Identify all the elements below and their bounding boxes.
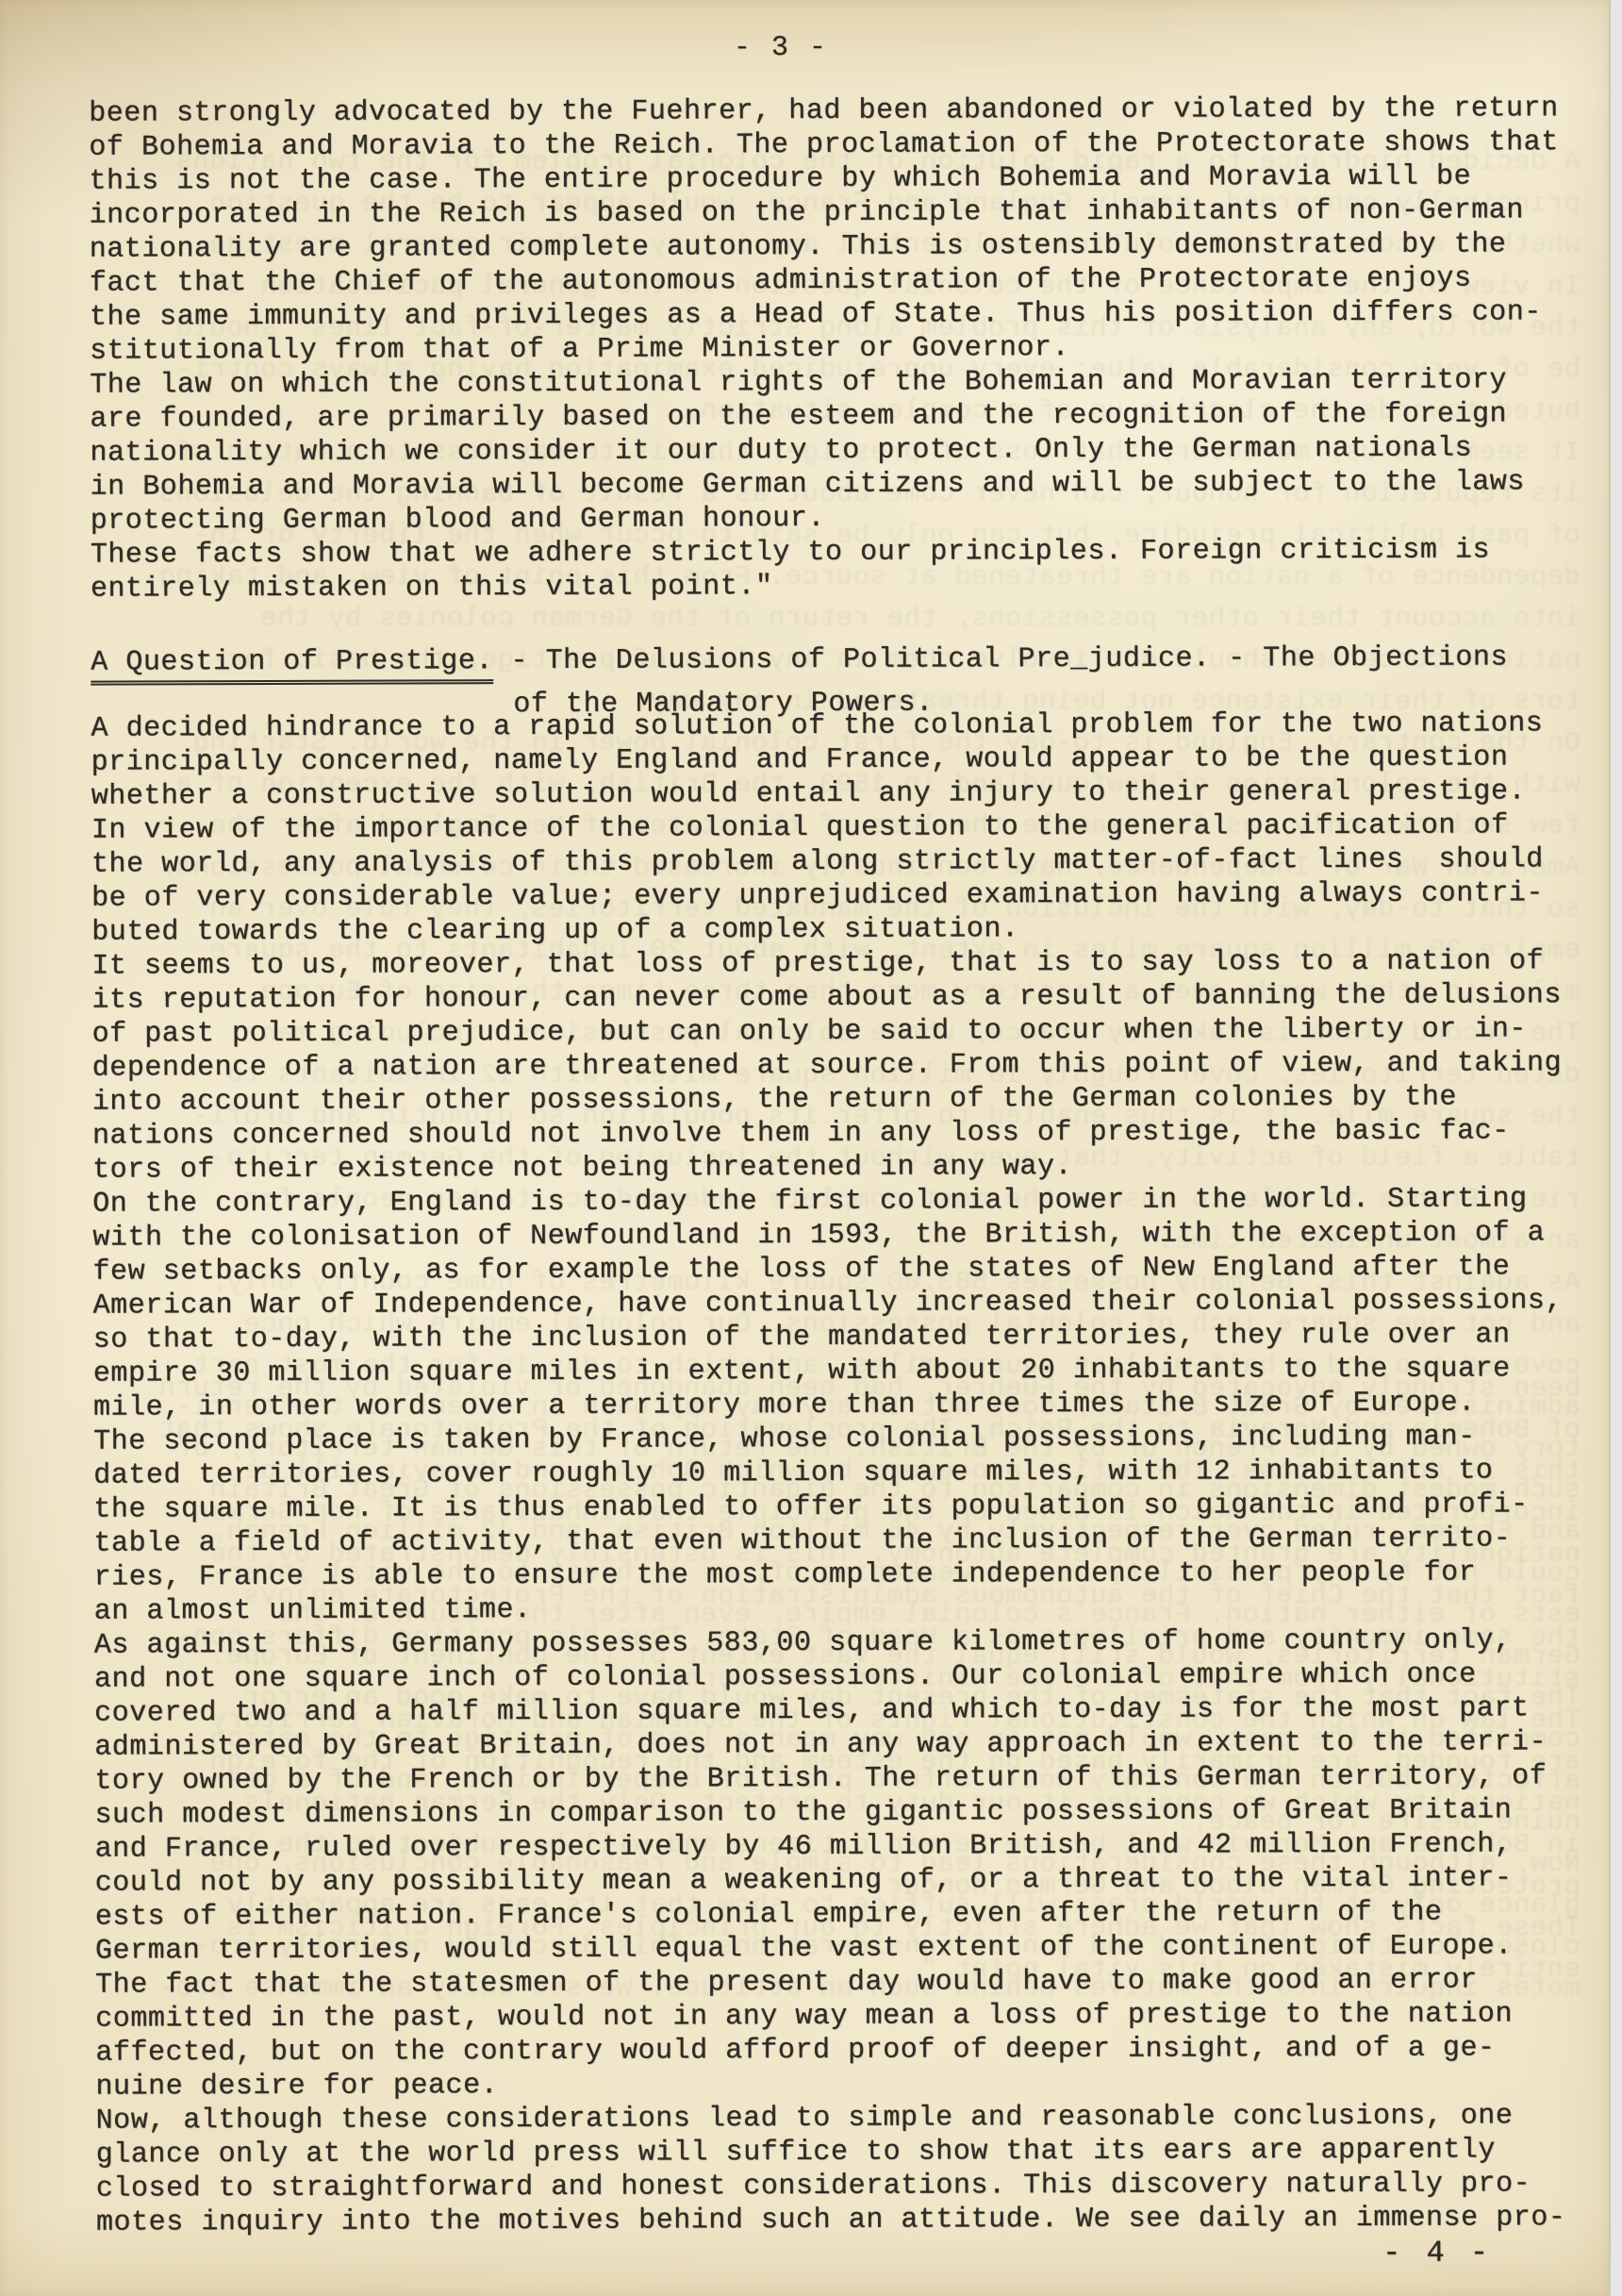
text-line: incorporated in the Reich is based on th… bbox=[89, 193, 1559, 232]
text-line: the square mile. It is thus enabled to o… bbox=[93, 1488, 1564, 1526]
text-line: and not one square inch of colonial poss… bbox=[94, 1657, 1564, 1696]
text-line: American War of Independence, have conti… bbox=[93, 1284, 1564, 1323]
text-line: empire 30 million square miles in extent… bbox=[93, 1352, 1564, 1390]
text-line: nationality are granted complete autonom… bbox=[90, 227, 1560, 266]
text-line: been strongly advocated by the Fuehrer, … bbox=[89, 92, 1559, 130]
text-line: German territories, would still equal th… bbox=[95, 1929, 1565, 1968]
text-line: On the contrary, England is to-day the f… bbox=[92, 1182, 1563, 1221]
text-line: and France, ruled over respectively by 4… bbox=[95, 1827, 1565, 1866]
text-line: ests of either nation. France's colonial… bbox=[95, 1895, 1565, 1934]
text-line: nuine desire for peace. bbox=[95, 2065, 1565, 2104]
text-line: committed in the past, would not in any … bbox=[95, 1997, 1565, 2036]
text-line: be of very considerable value; every unp… bbox=[91, 876, 1562, 915]
text-line: dependence of a nation are threatened at… bbox=[92, 1046, 1563, 1085]
text-line: covered two and a half million square mi… bbox=[94, 1691, 1564, 1730]
text-line: such modest dimensions in comparison to … bbox=[94, 1793, 1564, 1832]
text-line: As against this, Germany possesses 583,0… bbox=[94, 1623, 1564, 1662]
page-number-top: - 3 - bbox=[734, 32, 828, 64]
text-line: dated territories, cover roughly 10 mill… bbox=[93, 1454, 1564, 1492]
page-content: - 3 - been strongly advocated by the Fue… bbox=[0, 0, 1613, 2296]
text-line: glance only at the world press will suff… bbox=[96, 2133, 1566, 2171]
text-line: The fact that the statesmen of the prese… bbox=[95, 1963, 1565, 2002]
text-line: buted towards the clearing up of a compl… bbox=[91, 910, 1562, 949]
body-text: A decided hindrance to a rapid solution … bbox=[91, 707, 1565, 2239]
text-line: could not by any possibility mean a weak… bbox=[95, 1861, 1565, 1900]
text-line: whether a constructive solution would en… bbox=[91, 774, 1562, 813]
paper-sheet: A decided hindrance to a rapid solution … bbox=[0, 0, 1611, 2296]
text-line: are founded, are primarily based on the … bbox=[90, 397, 1560, 436]
text-line: this is not the case. The entire procedu… bbox=[89, 159, 1559, 198]
text-line: an almost unlimited time. bbox=[94, 1589, 1564, 1628]
quoted-passage: been strongly advocated by the Fuehrer, … bbox=[89, 92, 1560, 606]
scanned-document-page: A decided hindrance to a rapid solution … bbox=[0, 0, 1622, 2296]
text-line: nations concerned should not involve the… bbox=[92, 1114, 1563, 1153]
text-line: the world, any analysis of this problem … bbox=[91, 842, 1562, 881]
text-line: entirely mistaken on this vital point." bbox=[91, 567, 1561, 606]
heading-title-rest: - The Delusions of Political Pre_judice.… bbox=[493, 641, 1508, 677]
text-line: mile, in other words over a territory mo… bbox=[93, 1386, 1564, 1424]
text-line: These facts show that we adhere strictly… bbox=[91, 533, 1561, 572]
text-line: nationality which we consider it our dut… bbox=[90, 431, 1560, 470]
text-line: It seems to us, moreover, that loss of p… bbox=[91, 944, 1562, 983]
text-line: The second place is taken by France, who… bbox=[93, 1420, 1564, 1458]
text-line: stitutionally from that of a Prime Minis… bbox=[90, 329, 1560, 368]
text-line: its reputation for honour, can never com… bbox=[91, 978, 1562, 1017]
text-line: administered by Great Britain, does not … bbox=[94, 1725, 1564, 1764]
text-line: the same immunity and privileges as a He… bbox=[90, 295, 1560, 334]
text-line: ries, France is able to ensure the most … bbox=[94, 1556, 1564, 1594]
text-line: fact that the Chief of the autonomous ad… bbox=[90, 261, 1560, 300]
text-line: motes inquiry into the motives behind su… bbox=[96, 2201, 1566, 2239]
text-line: A decided hindrance to a rapid solution … bbox=[91, 707, 1561, 745]
text-line: tors of their existence not being threat… bbox=[92, 1148, 1563, 1187]
text-line: principally concerned, namely England an… bbox=[91, 740, 1562, 779]
heading-title-underlined: A Question of Prestige. bbox=[91, 644, 493, 685]
text-line: protecting German blood and German honou… bbox=[91, 499, 1561, 538]
text-line: few setbacks only, as for example the lo… bbox=[92, 1250, 1563, 1289]
text-line: table a field of activity, that even wit… bbox=[93, 1522, 1564, 1560]
text-line: of past political prejudice, but can onl… bbox=[92, 1012, 1563, 1051]
text-line: In view of the importance of the colonia… bbox=[91, 808, 1562, 847]
text-line: in Bohemia and Moravia will become Germa… bbox=[90, 465, 1560, 504]
page-number-bottom: - 4 - bbox=[1382, 2235, 1492, 2270]
section-heading-line: A Question of Prestige. - The Delusions … bbox=[91, 641, 1562, 685]
text-line: Now, although these considerations lead … bbox=[96, 2099, 1566, 2138]
text-line: The law on which the constitutional righ… bbox=[90, 363, 1560, 402]
text-line: so that to-day, with the inclusion of th… bbox=[93, 1318, 1564, 1356]
text-line: closed to straightforward and honest con… bbox=[96, 2167, 1566, 2205]
text-line: tory owned by the French or by the Briti… bbox=[94, 1759, 1564, 1798]
text-line: affected, but on the contrary would affo… bbox=[95, 2031, 1565, 2070]
text-line: of Bohemia and Moravia to the Reich. The… bbox=[89, 125, 1559, 164]
text-line: into account their other possessions, th… bbox=[92, 1080, 1563, 1119]
text-line: with the colonisation of Newfoundland in… bbox=[92, 1216, 1563, 1255]
